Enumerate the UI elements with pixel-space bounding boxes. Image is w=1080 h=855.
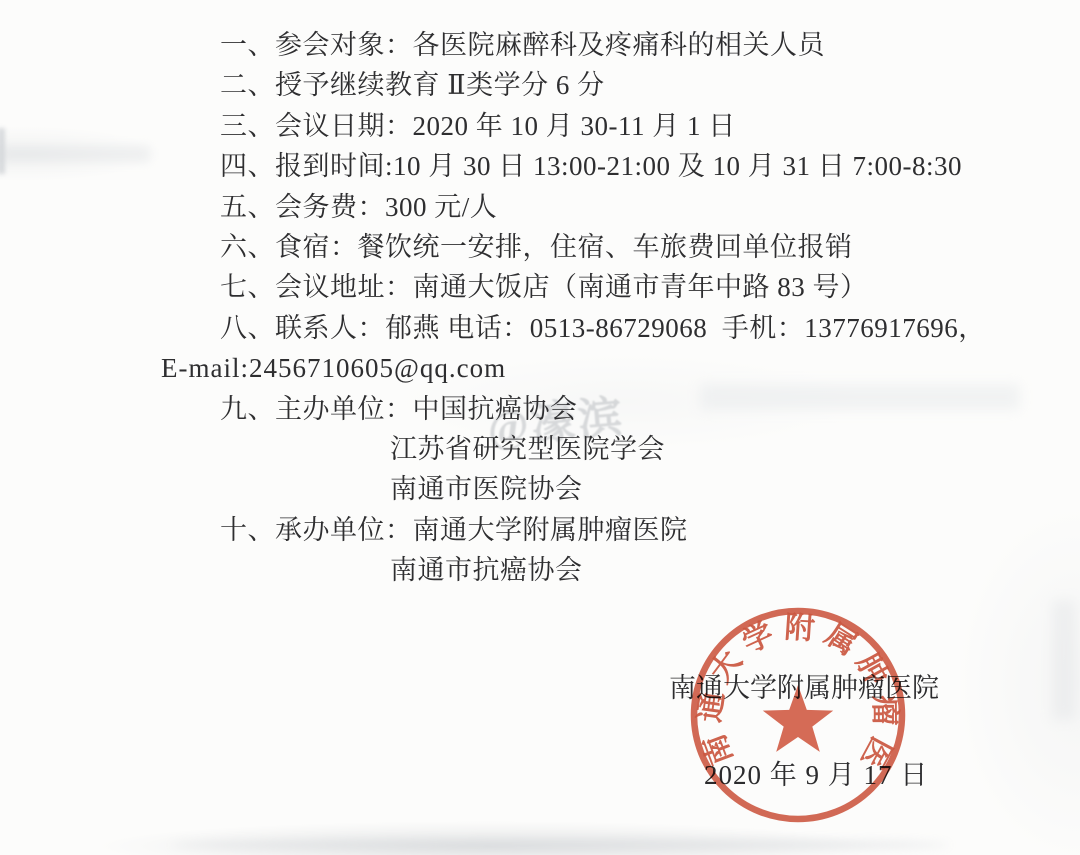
notice-line-1: 一、参会对象：各医院麻醉科及疼痛科的相关人员 xyxy=(0,25,1080,65)
official-seal: 南通大学附属肿瘤医院 xyxy=(683,600,913,830)
notice-body: 一、参会对象：各医院麻醉科及疼痛科的相关人员 二、授予继续教育 Ⅱ类学分 6 分… xyxy=(0,25,1080,591)
notice-line-4: 四、报到时间:10 月 30 日 13:00-21:00 及 10 月 31 日… xyxy=(0,146,1080,186)
notice-line-10b: 南通市抗癌协会 xyxy=(0,550,1080,590)
notice-line-2: 二、授予继续教育 Ⅱ类学分 6 分 xyxy=(0,65,1080,105)
seal-star xyxy=(763,685,833,752)
notice-line-9b: 江苏省研究型医院学会 xyxy=(0,429,1080,469)
notice-line-7: 七、会议地址：南通大饭店（南通市青年中路 83 号） xyxy=(0,267,1080,307)
notice-line-9c: 南通市医院协会 xyxy=(0,469,1080,509)
notice-line-9: 九、主办单位：中国抗癌协会 xyxy=(0,389,1080,429)
scan-artifact-bottom xyxy=(170,839,950,851)
notice-line-5: 五、会务费：300 元/人 xyxy=(0,187,1080,227)
notice-line-3: 三、会议日期：2020 年 10 月 30-11 月 1 日 xyxy=(0,106,1080,146)
notice-line-8: 八、联系人：郁燕 电话：0513-86729068 手机：13776917696… xyxy=(0,308,1080,348)
notice-line-email: E-mail:2456710605@qq.com xyxy=(0,348,1080,388)
notice-line-10: 十、承办单位：南通大学附属肿瘤医院 xyxy=(0,510,1080,550)
scan-artifact-right xyxy=(1052,600,1076,720)
notice-line-6: 六、食宿：餐饮统一安排，住宿、车旅费回单位报销 xyxy=(0,227,1080,267)
